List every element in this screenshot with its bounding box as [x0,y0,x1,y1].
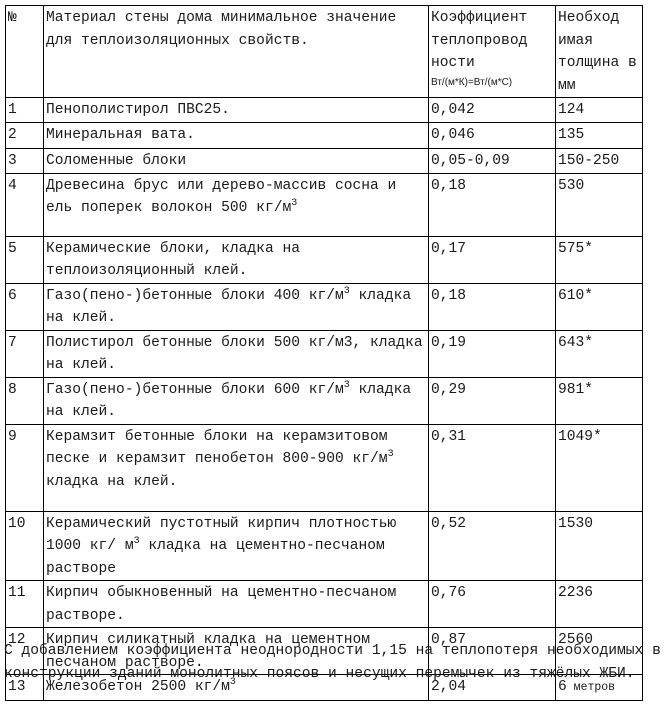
footnote: С добавлением коэффициента неоднородност… [4,640,670,686]
thickness-value: 2236 [558,585,593,601]
row-material: Древесина брус или дерево-массив сосна и… [44,173,429,236]
row-thickness: 124 [556,98,643,123]
row-num: 10 [6,511,44,581]
header-coefficient-label: Коэффициент теплопровод ности [431,10,536,71]
material-text: Газо(пено-)бетонные блоки 600 кг/м [46,382,344,398]
row-thickness: 2236 [556,581,643,628]
thickness-value: 1530 [558,516,593,532]
header-coefficient: Коэффициент теплопровод ностиВт/(м*К)=Вт… [429,6,556,98]
table-row: 8Газо(пено-)бетонные блоки 600 кг/м3 кла… [6,377,643,424]
row-material: Кирпич обыкновенный на цементно-песчаном… [44,581,429,628]
row-material: Полистирол бетонные блоки 500 кг/м3, кла… [44,330,429,377]
table-row: 2Минеральная вата.0,046135 [6,122,643,148]
row-num: 3 [6,148,44,173]
header-coefficient-unit: Вт/(м*К)=Вт/(м*С) [431,76,553,90]
header-thickness: Необход имая толщина в мм [556,6,643,98]
material-text: Пенополистирол ПВС25. [46,102,230,118]
row-num: 4 [6,173,44,236]
table-row: 10Керамический пустотный кирпич плотност… [6,511,643,581]
thickness-value: 643* [558,335,593,351]
row-coefficient: 0,046 [429,122,556,148]
table-row: 1Пенополистирол ПВС25.0,042124 [6,98,643,123]
thickness-value: 981* [558,382,593,398]
row-thickness: 150-250 [556,148,643,173]
table-header-row: № Материал стены дома минимальное значен… [6,6,643,98]
row-coefficient: 0,76 [429,581,556,628]
row-num: 8 [6,377,44,424]
row-num: 1 [6,98,44,123]
row-thickness: 643* [556,330,643,377]
row-num: 6 [6,283,44,330]
thickness-value: 575* [558,241,593,257]
row-coefficient: 0,042 [429,98,556,123]
row-coefficient: 0,18 [429,283,556,330]
header-material: Материал стены дома минимальное значение… [44,6,429,98]
thickness-value: 530 [558,178,584,194]
material-text: Соломенные блоки [46,153,186,169]
material-text: Газо(пено-)бетонные блоки 400 кг/м [46,288,344,304]
row-thickness: 1530 [556,511,643,581]
row-thickness: 981* [556,377,643,424]
row-material: Керамзит бетонные блоки на керамзитовом … [44,424,429,511]
row-thickness: 575* [556,236,643,283]
table-row: 11Кирпич обыкновенный на цементно-песчан… [6,581,643,628]
table-row: 6Газо(пено-)бетонные блоки 400 кг/м3 кла… [6,283,643,330]
row-coefficient: 0,29 [429,377,556,424]
thickness-value: 610* [558,288,593,304]
table-row: 3Соломенные блоки0,05-0,09150-250 [6,148,643,173]
row-coefficient: 0,18 [429,173,556,236]
row-thickness: 530 [556,173,643,236]
row-material: Керамические блоки, кладка на теплоизоля… [44,236,429,283]
row-num: 5 [6,236,44,283]
thickness-value: 124 [558,102,584,118]
material-text: Минеральная вата. [46,127,195,143]
material-text: Керамические блоки, кладка на теплоизоля… [46,241,309,280]
table-row: 5Керамические блоки, кладка на теплоизол… [6,236,643,283]
row-num: 2 [6,122,44,148]
row-material: Газо(пено-)бетонные блоки 400 кг/м3 клад… [44,283,429,330]
row-thickness: 135 [556,122,643,148]
row-coefficient: 0,17 [429,236,556,283]
row-material: Керамический пустотный кирпич плотностью… [44,511,429,581]
material-text: Древесина брус или дерево-массив сосна и… [46,178,405,217]
row-material: Минеральная вата. [44,122,429,148]
header-num: № [6,6,44,98]
table-row: 9Керамзит бетонные блоки на керамзитовом… [6,424,643,511]
thickness-value: 1049* [558,429,602,445]
row-coefficient: 0,52 [429,511,556,581]
material-text: Керамзит бетонные блоки на керамзитовом … [46,429,396,468]
thermal-conductivity-table: № Материал стены дома минимальное значен… [5,5,643,701]
row-coefficient: 0,31 [429,424,556,511]
row-num: 11 [6,581,44,628]
material-text: Полистирол бетонные блоки 500 кг/м3, кла… [46,335,431,374]
row-material: Соломенные блоки [44,148,429,173]
row-coefficient: 0,05-0,09 [429,148,556,173]
table-row: 4Древесина брус или дерево-массив сосна … [6,173,643,236]
row-material: Газо(пено-)бетонные блоки 600 кг/м3 клад… [44,377,429,424]
thickness-value: 135 [558,127,584,143]
row-thickness: 1049* [556,424,643,511]
table-row: 7Полистирол бетонные блоки 500 кг/м3, кл… [6,330,643,377]
material-text: Кирпич обыкновенный на цементно-песчаном… [46,585,405,624]
row-num: 7 [6,330,44,377]
thickness-value: 150-250 [558,153,619,169]
row-material: Пенополистирол ПВС25. [44,98,429,123]
row-thickness: 610* [556,283,643,330]
row-coefficient: 0,19 [429,330,556,377]
row-num: 9 [6,424,44,511]
superscript: 3 [291,198,297,209]
